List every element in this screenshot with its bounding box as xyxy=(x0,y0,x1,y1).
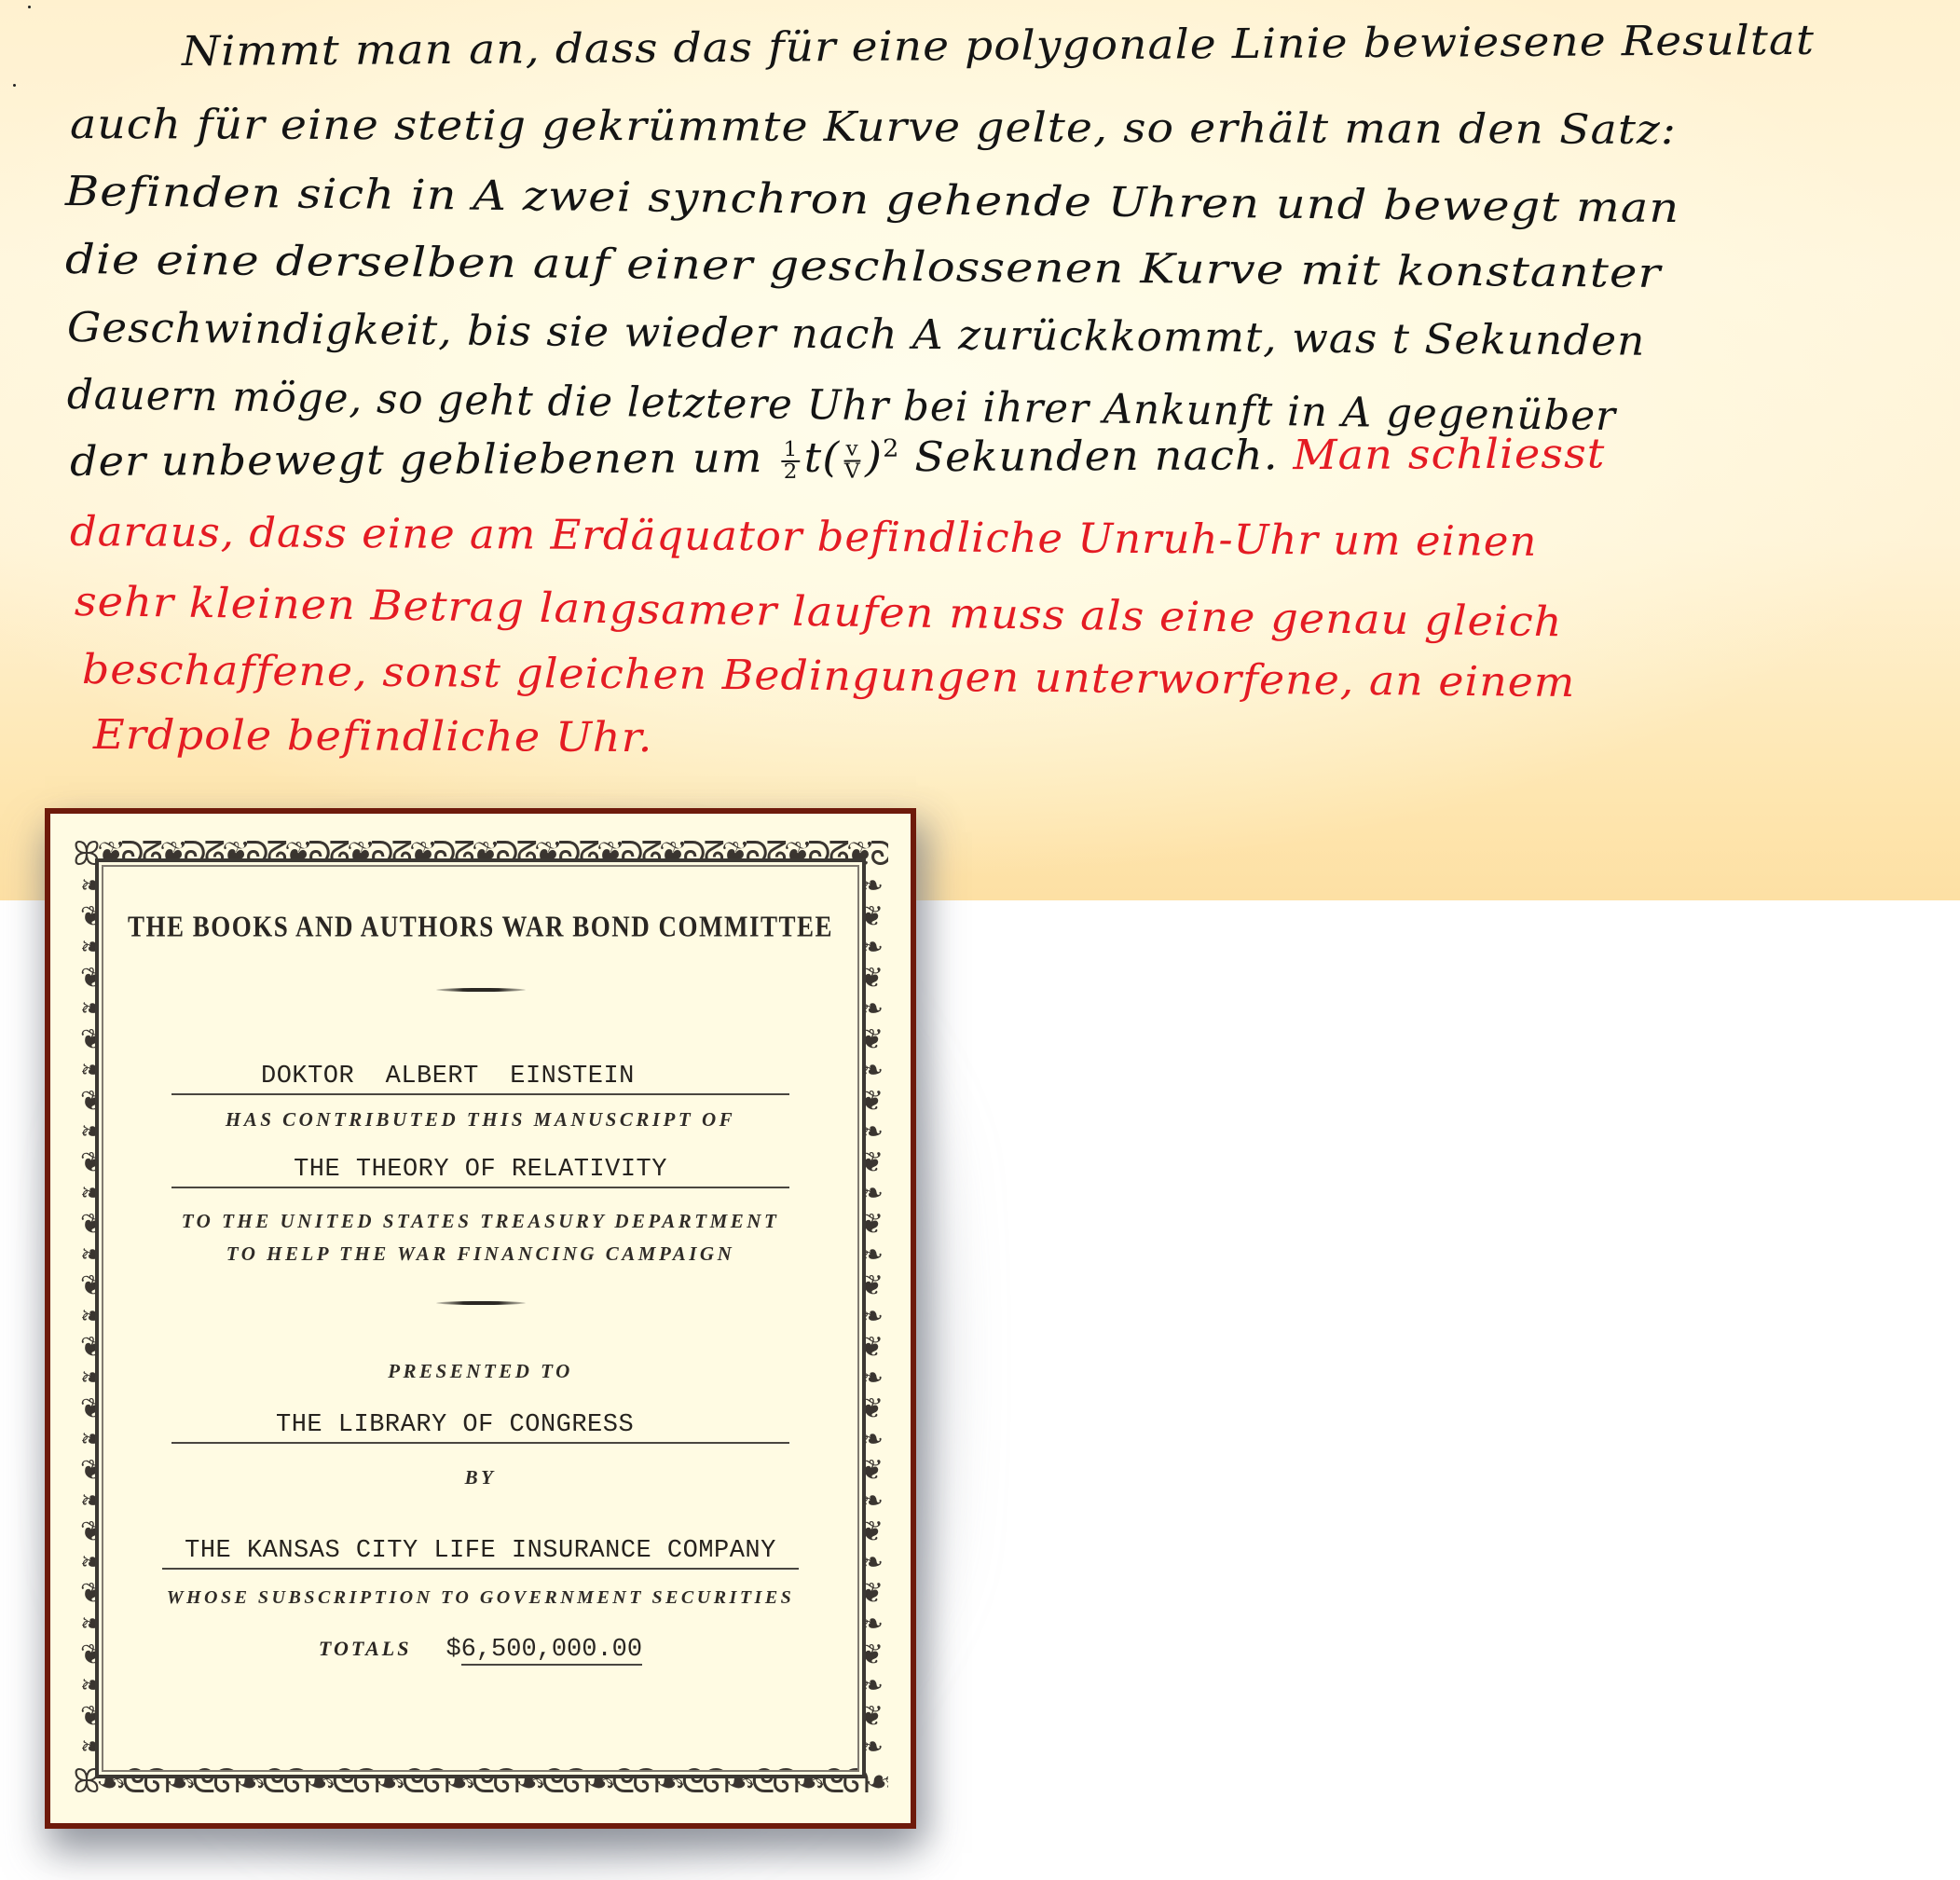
line-8-red-text: daraus, dass eine am Erdäquator befindli… xyxy=(70,508,1538,566)
line-7-text-a: der unbewegt gebliebenen um xyxy=(70,434,763,486)
line-11-red-text: Erdpole befindliche Uhr. xyxy=(93,711,653,762)
line-7-text-c: ) xyxy=(865,433,883,481)
manuscript-line-1: Nimmt man an, dass das für eine polygona… xyxy=(182,17,1815,75)
contributor-name: DOKTOR ALBERT EINSTEIN xyxy=(171,1062,789,1095)
presented-to-label: PRESENTED TO xyxy=(106,1360,855,1383)
manuscript-title: THE THEORY OF RELATIVITY xyxy=(171,1155,789,1188)
war-bond-certificate: ꕤ❦ᘐᘔ❦ᘐᘔ❦ᘐᘔ❦ᘐᘔ❦ᘐᘔ❦ᘐᘔ❦ᘐᘔ❦ᘐᘔ❦ᘐᘔ❦ᘐᘔ❦ᘐᘔ❦ᘐᘔ❦ᘐᘔ… xyxy=(45,808,916,1829)
line-7-text-d: Sekunden nach. xyxy=(914,432,1278,481)
line-10-red-text: beschaffene, sonst gleichen Bedingungen … xyxy=(82,646,1576,707)
manuscript-line-2: auch für eine stetig gekrümmte Kurve gel… xyxy=(70,101,1677,154)
subscription-statement: WHOSE SUBSCRIPTION TO GOVERNMENT SECURIT… xyxy=(106,1587,855,1609)
manuscript-line-8: daraus, dass eine am Erdäquator befindli… xyxy=(70,508,1538,566)
one-half-fraction: 12 xyxy=(781,439,800,482)
manuscript-line-10: beschaffene, sonst gleichen Bedingungen … xyxy=(82,646,1576,707)
recipient-name: THE LIBRARY OF CONGRESS xyxy=(171,1410,789,1444)
manuscript-line-3: Befinden sich in A zwei synchron gehende… xyxy=(65,168,1680,232)
totals-label: TOTALS xyxy=(319,1637,412,1660)
ornamental-divider xyxy=(436,1301,526,1305)
manuscript-line-4: die eine derselben auf einer geschlossen… xyxy=(65,236,1662,297)
ink-speck xyxy=(28,6,31,8)
exponent: 2 xyxy=(883,435,900,463)
totals-row: TOTALS $6,500,000.00 xyxy=(106,1636,855,1664)
ink-speck xyxy=(13,84,16,87)
line-7-red-text: Man schliesst xyxy=(1293,430,1605,479)
line-9-red-text: sehr kleinen Betrag langsamer laufen mus… xyxy=(75,578,1563,646)
manuscript-page: Nimmt man an, dass das für eine polygona… xyxy=(0,0,1960,900)
v-over-V-fraction: vV xyxy=(843,439,861,482)
certificate-body: THE BOOKS AND AUTHORS WAR BOND COMMITTEE… xyxy=(106,870,855,1767)
manuscript-line-9: sehr kleinen Betrag langsamer laufen mus… xyxy=(75,578,1563,646)
purpose-line-2: TO HELP THE WAR FINANCING CAMPAIGN xyxy=(106,1242,855,1266)
manuscript-line-5: Geschwindigkeit, bis sie wieder nach A z… xyxy=(67,304,1646,365)
manuscript-line-11: Erdpole befindliche Uhr. xyxy=(93,711,653,762)
manuscript-line-7: der unbewegt gebliebenen um 12t(vV)2 Sek… xyxy=(70,430,1606,486)
manuscript-line-6: dauern möge, so geht die letztere Uhr be… xyxy=(67,371,1617,440)
totals-value: 6,500,000.00 xyxy=(461,1636,642,1666)
by-label: BY xyxy=(106,1466,855,1489)
purpose-line-1: TO THE UNITED STATES TREASURY DEPARTMENT xyxy=(106,1210,855,1233)
donor-name: THE KANSAS CITY LIFE INSURANCE COMPANY xyxy=(162,1536,799,1570)
committee-heading: THE BOOKS AND AUTHORS WAR BOND COMMITTEE xyxy=(106,910,855,944)
totals-amount: $6,500,000.00 xyxy=(445,1636,642,1666)
contributed-statement: HAS CONTRIBUTED THIS MANUSCRIPT OF xyxy=(106,1108,855,1132)
line-7-text-b: t( xyxy=(804,434,841,482)
ornamental-divider xyxy=(436,988,526,992)
currency-symbol: $ xyxy=(445,1636,460,1664)
